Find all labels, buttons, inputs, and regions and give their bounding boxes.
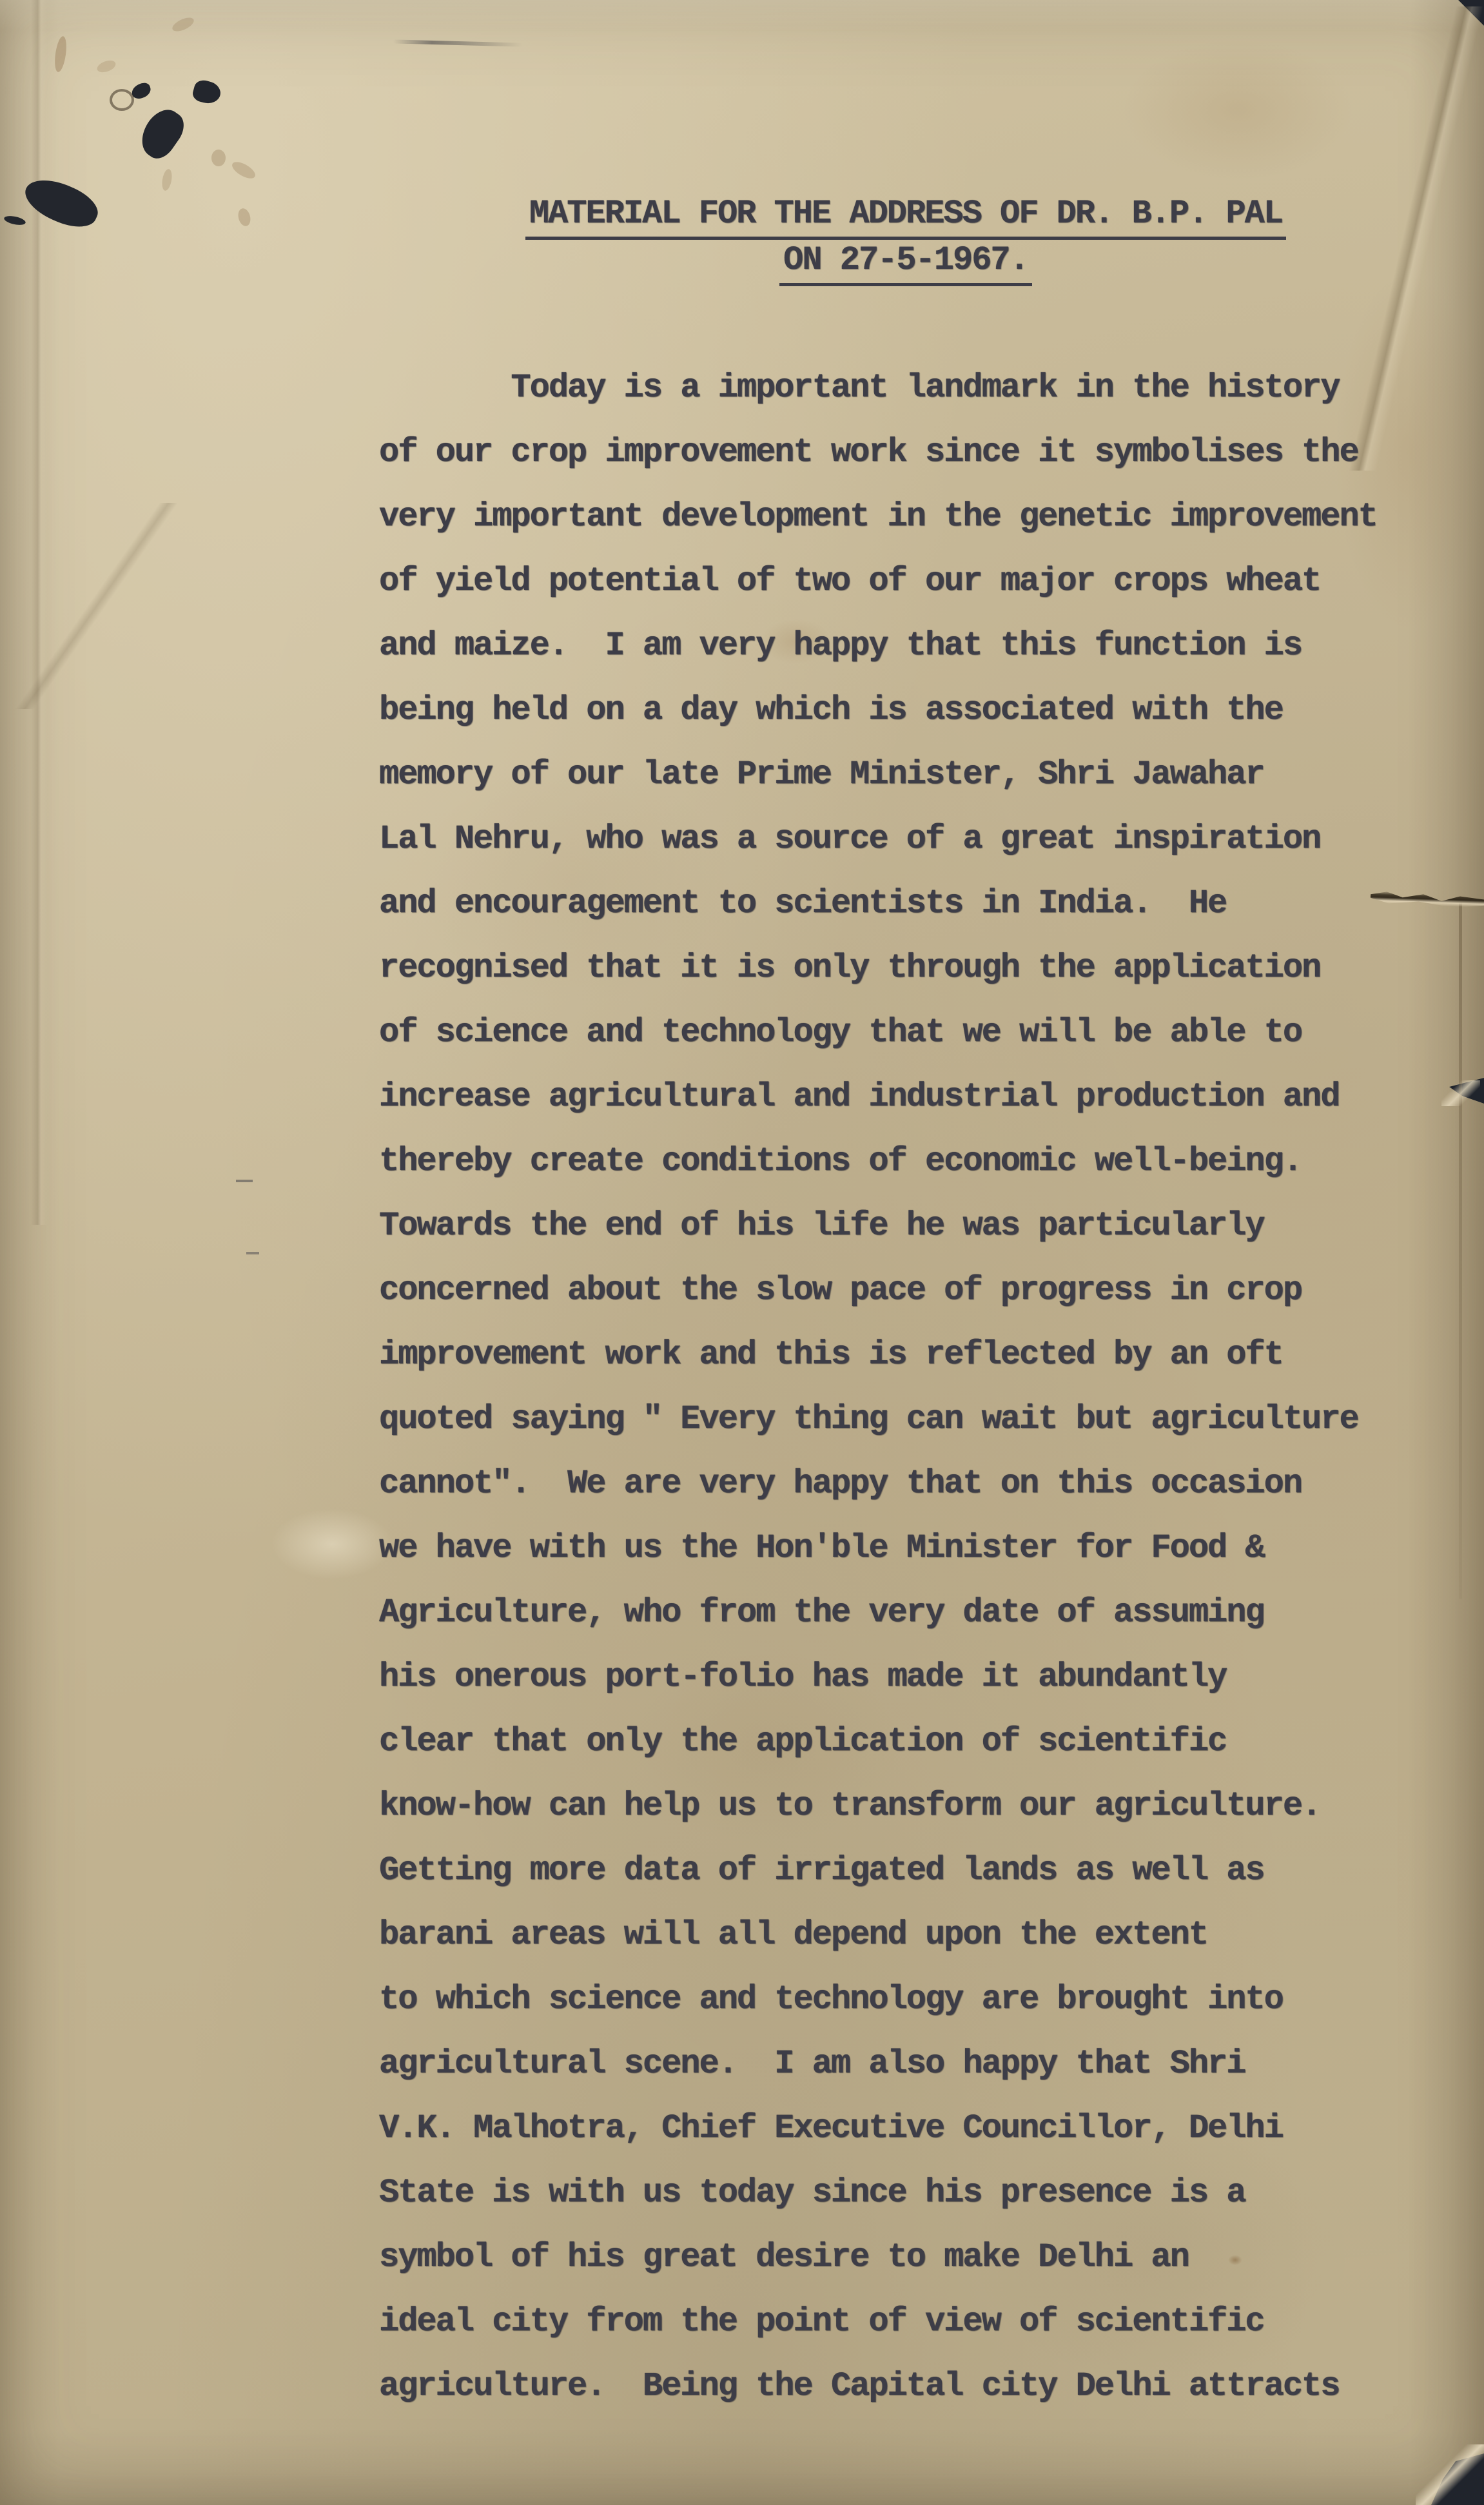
typed-line: ideal city from the point of view of sci…	[379, 2290, 1423, 2354]
typed-line: Today is a important landmark in the his…	[379, 356, 1423, 420]
typed-line: concerned about the slow pace of progres…	[379, 1258, 1423, 1323]
stray-mark	[236, 1180, 253, 1182]
stain-speck	[211, 150, 226, 166]
typed-line: barani areas will all depend upon the ex…	[379, 1903, 1423, 1967]
title-line-1-text: MATERIAL FOR THE ADDRESS OF DR. B.P. PAL	[525, 193, 1286, 240]
typed-line: V.K. Malhotra, Chief Executive Councillo…	[379, 2096, 1423, 2161]
typed-line: we have with us the Hon'ble Minister for…	[379, 1516, 1423, 1581]
title-line-2: ON 27-5-1967.	[490, 240, 1322, 286]
typed-line: know-how can help us to transform our ag…	[379, 1774, 1423, 1838]
typed-line: of our crop improvement work since it sy…	[379, 420, 1423, 485]
typed-line: increase agricultural and industrial pro…	[379, 1065, 1423, 1129]
torn-edge-highlight	[1441, 1080, 1480, 1106]
typed-line: being held on a day which is associated …	[379, 678, 1423, 743]
typed-line: and encouragement to scientists in India…	[379, 872, 1423, 936]
typed-line: Towards the end of his life he was parti…	[379, 1194, 1423, 1258]
typed-line: quoted saying " Every thing can wait but…	[379, 1387, 1423, 1452]
typed-line: cannot". We are very happy that on this …	[379, 1452, 1423, 1516]
stray-mark	[246, 1252, 259, 1254]
typed-line: of yield potential of two of our major c…	[379, 549, 1423, 614]
scanned-page: MATERIAL FOR THE ADDRESS OF DR. B.P. PAL…	[0, 0, 1484, 2505]
typed-line: symbol of his great desire to make Delhi…	[379, 2225, 1423, 2290]
paper-hole-ring	[110, 89, 134, 111]
typed-line: and maize. I am very happy that this fun…	[379, 614, 1423, 678]
typed-line: recognised that it is only through the a…	[379, 936, 1423, 1000]
typed-line: clear that only the application of scien…	[379, 1710, 1423, 1774]
typed-line: to which science and technology are brou…	[379, 1967, 1423, 2032]
typed-line: Agriculture, who from the very date of a…	[379, 1581, 1423, 1645]
title-line-2-text: ON 27-5-1967.	[779, 240, 1032, 286]
typed-line: agriculture. Being the Capital city Delh…	[379, 2354, 1423, 2419]
page-title: MATERIAL FOR THE ADDRESS OF DR. B.P. PAL…	[490, 193, 1322, 286]
typed-line: memory of our late Prime Minister, Shri …	[379, 743, 1423, 807]
typed-line: improvement work and this is reflected b…	[379, 1323, 1423, 1387]
typed-line: very important development in the geneti…	[379, 485, 1423, 549]
title-line-1: MATERIAL FOR THE ADDRESS OF DR. B.P. PAL	[490, 193, 1322, 240]
speech-body: Today is a important landmark in the his…	[379, 356, 1423, 2419]
typed-line: Getting more data of irrigated lands as …	[379, 1838, 1423, 1903]
typed-line: agricultural scene. I am also happy that…	[379, 2032, 1423, 2096]
typed-line: Lal Nehru, who was a source of a great i…	[379, 807, 1423, 872]
torn-corner-highlight	[1416, 2444, 1484, 2505]
typed-line: State is with us today since his presenc…	[379, 2161, 1423, 2225]
crease	[1459, 902, 1462, 1599]
typed-line: thereby create conditions of economic we…	[379, 1129, 1423, 1194]
crease	[13, 503, 181, 709]
typed-line: his onerous port-folio has made it abund…	[379, 1645, 1423, 1710]
typed-line: of science and technology that we will b…	[379, 1000, 1423, 1065]
